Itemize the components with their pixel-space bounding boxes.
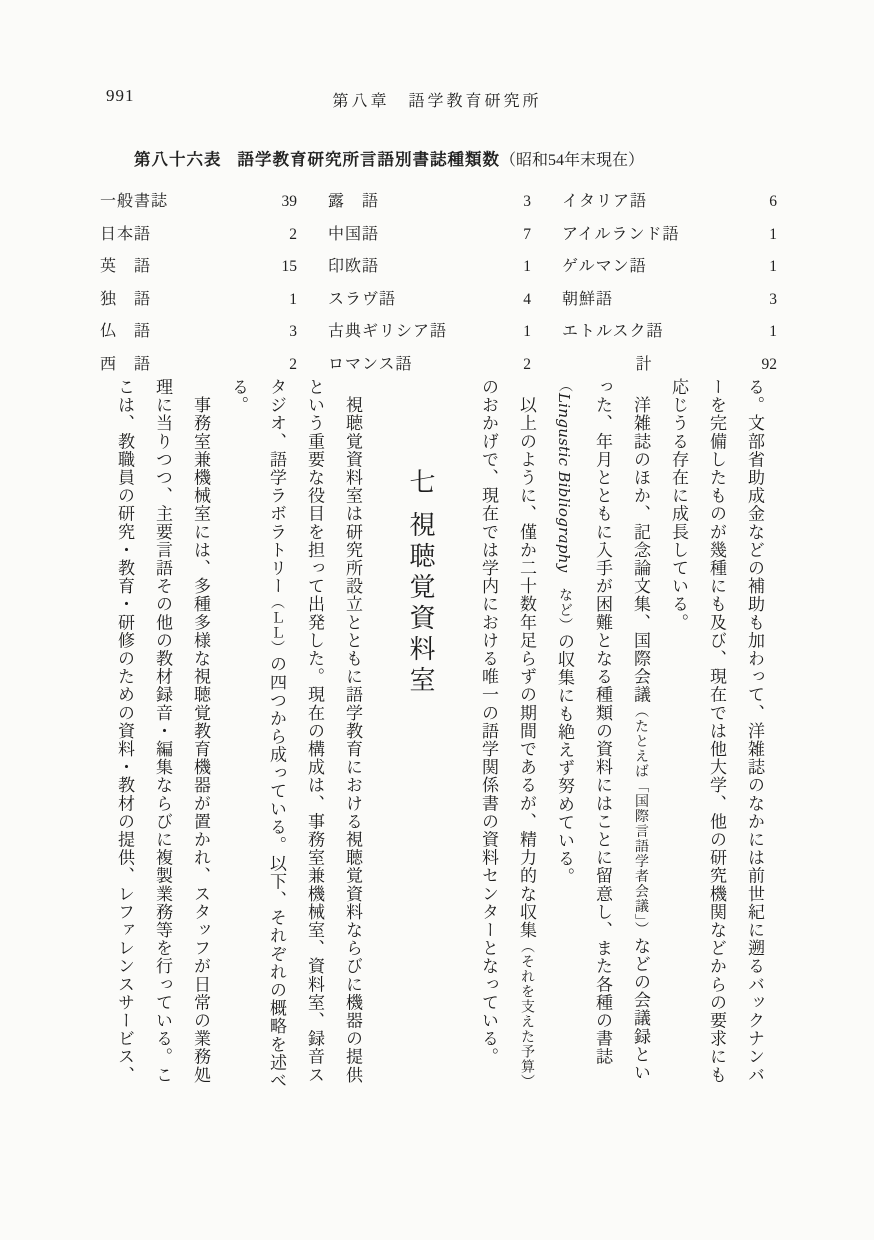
text-line: こは、教職員の研究・教育・研修のための資料・教材の提供、レファレンスサービス、 [105, 378, 143, 1108]
text-line: る。 [219, 378, 257, 1108]
table-row: ゲルマン語1 [562, 253, 777, 286]
vertical-text-block: る。文部省助成金などの補助も加わって、洋雑誌のなかには前世紀に遡るバックナンバー… [103, 378, 773, 1108]
table-row: スラヴ語4 [328, 286, 531, 319]
row-label: スラヴ語 [328, 286, 396, 309]
table-row: 独 語1 [100, 286, 297, 319]
text-line: という重要な役目を担って出発した。現在の構成は、事務室兼機械室、資料室、録音ス [295, 378, 333, 1108]
text-line: 事務室兼機械室には、多種多様な視聴覚教育機器が置かれ、スタッフが日常の業務処 [181, 378, 219, 1108]
table-title-note: （昭和54年末現在） [500, 152, 644, 169]
text-line: 以上のように、僅か二十数年足らずの期間であるが、精力的な収集（それを支えた予算） [507, 378, 545, 1108]
table-column-3: イタリア語6アイルランド語1ゲルマン語1朝鮮語3エトルスク語1計92 [562, 188, 777, 383]
row-label: 日本語 [100, 221, 151, 244]
text-segment: 以上のように、僅か二十数年足らずの期間であるが、精力的な収集 [517, 378, 536, 939]
row-value: 92 [762, 356, 778, 374]
text-line: 洋雑誌のほか、記念論文集、国際会議（たとえば「国際言語学者会議」）などの会議録と… [621, 378, 659, 1108]
row-value: 7 [523, 226, 531, 244]
row-value: 4 [523, 291, 531, 309]
section-title: 視聴覚資料室 [406, 511, 435, 697]
text-segment: の四つから成っている。以下、それぞれの概略を述べ [267, 655, 286, 1089]
bibliography-table: 一般書誌39日本語2英 語15独 語1仏 語3西 語2露 語3中国語7印欧語1ス… [100, 188, 777, 383]
row-value: 1 [769, 323, 777, 341]
row-value: 2 [523, 356, 531, 374]
row-label: 朝鮮語 [562, 286, 613, 309]
table-row: 中国語7 [328, 221, 531, 254]
row-value: 1 [769, 258, 777, 276]
text-segment: の収集にも絶えず努めている。 [555, 632, 574, 885]
row-value: 3 [769, 291, 777, 309]
table-title-main: 語学教育研究所言語別書誌種類数 [238, 151, 501, 169]
row-label: アイルランド語 [562, 221, 680, 244]
text-line: （Lingustic Bibliography など）の収集にも絶えず努めている… [545, 378, 583, 1108]
table-row: 英 語15 [100, 253, 297, 286]
row-label: 西 語 [100, 351, 151, 374]
row-value: 2 [289, 356, 297, 374]
row-label: エトルスク語 [562, 318, 664, 341]
row-label: 独 語 [100, 286, 151, 309]
annotation-text: （それを支えた予算） [519, 939, 534, 1089]
latin-text: Lingustic Bibliography [555, 393, 573, 572]
row-value: 39 [282, 193, 298, 211]
table-row: 日本語2 [100, 221, 297, 254]
text-line: 視聴覚資料室は研究所設立とともに語学教育における視聴覚資料ならびに機器の提供 [333, 378, 371, 1108]
text-line: ーを完備したものが幾種にも及び、現在では他大学、他の研究機関などからの要求にも [697, 378, 735, 1108]
row-label: ロマンス語 [328, 351, 413, 374]
table-row: 印欧語1 [328, 253, 531, 286]
table-row: 朝鮮語3 [562, 286, 777, 319]
row-value: 1 [289, 291, 297, 309]
row-label: 印欧語 [328, 253, 379, 276]
row-label: イタリア語 [562, 188, 647, 211]
text-segment: 洋雑誌のほか、記念論文集、国際会議 [631, 378, 650, 704]
text-line: 応じうる存在に成長している。 [659, 378, 697, 1108]
text-line: 理に当りつつ、主要言語その他の教材録音・編集ならびに複製業務等を行っている。こ [143, 378, 181, 1108]
text-line: のおかげで、現在では学内における唯一の語学関係書の資料センターとなっている。 [469, 378, 507, 1108]
text-line: った、年月とともに入手が困難となる種類の資料にはことに留意し、また各種の書誌 [583, 378, 621, 1108]
scanned-book-page: { "page": { "number": "991", "header": "… [0, 0, 874, 1240]
table-title-label: 第八十六表 [134, 151, 222, 169]
annotation-text: （たとえば「国際言語学者会議」） [633, 704, 648, 937]
row-value: 2 [289, 226, 297, 244]
running-header: 第八章 語学教育研究所 [0, 88, 874, 111]
row-label: 一般書誌 [100, 188, 168, 211]
text-line: タジオ、語学ラボラトリー（ＬＬ）の四つから成っている。以下、それぞれの概略を述べ [257, 378, 295, 1108]
row-label: 露 語 [328, 188, 379, 211]
annotation-text: （ [557, 378, 572, 393]
row-value: 3 [289, 323, 297, 341]
table-row: イタリア語6 [562, 188, 777, 221]
row-label: 計 [562, 351, 762, 374]
row-label: 中国語 [328, 221, 379, 244]
table-row: 一般書誌39 [100, 188, 297, 221]
section-heading: 七視聴覚資料室 [398, 378, 442, 1108]
row-value: 1 [523, 323, 531, 341]
row-value: 6 [769, 193, 777, 211]
table-row: 仏 語3 [100, 318, 297, 351]
row-value: 15 [282, 258, 298, 276]
table-row: 古典ギリシア語1 [328, 318, 531, 351]
table-row: エトルスク語1 [562, 318, 777, 351]
annotation-text: （ＬＬ） [269, 595, 284, 655]
table-row: アイルランド語1 [562, 221, 777, 254]
row-value: 1 [523, 258, 531, 276]
section-number: 七 [406, 468, 435, 499]
row-value: 3 [523, 193, 531, 211]
text-segment: タジオ、語学ラボラトリー [267, 378, 286, 595]
row-label: 古典ギリシア語 [328, 318, 447, 341]
text-line: る。文部省助成金などの補助も加わって、洋雑誌のなかには前世紀に遡るバックナンバ [735, 378, 773, 1108]
row-value: 1 [769, 226, 777, 244]
row-label: ゲルマン語 [562, 253, 647, 276]
table-row: 露 語3 [328, 188, 531, 221]
annotation-text: など） [557, 572, 572, 632]
text-segment: などの会議録とい [631, 937, 650, 1082]
table-title: 第八十六表語学教育研究所言語別書誌種類数（昭和54年末現在） [134, 146, 644, 170]
table-column-2: 露 語3中国語7印欧語1スラヴ語4古典ギリシア語1ロマンス語2 [328, 188, 531, 383]
table-column-1: 一般書誌39日本語2英 語15独 語1仏 語3西 語2 [100, 188, 297, 383]
row-label: 英 語 [100, 253, 151, 276]
row-label: 仏 語 [100, 318, 151, 341]
